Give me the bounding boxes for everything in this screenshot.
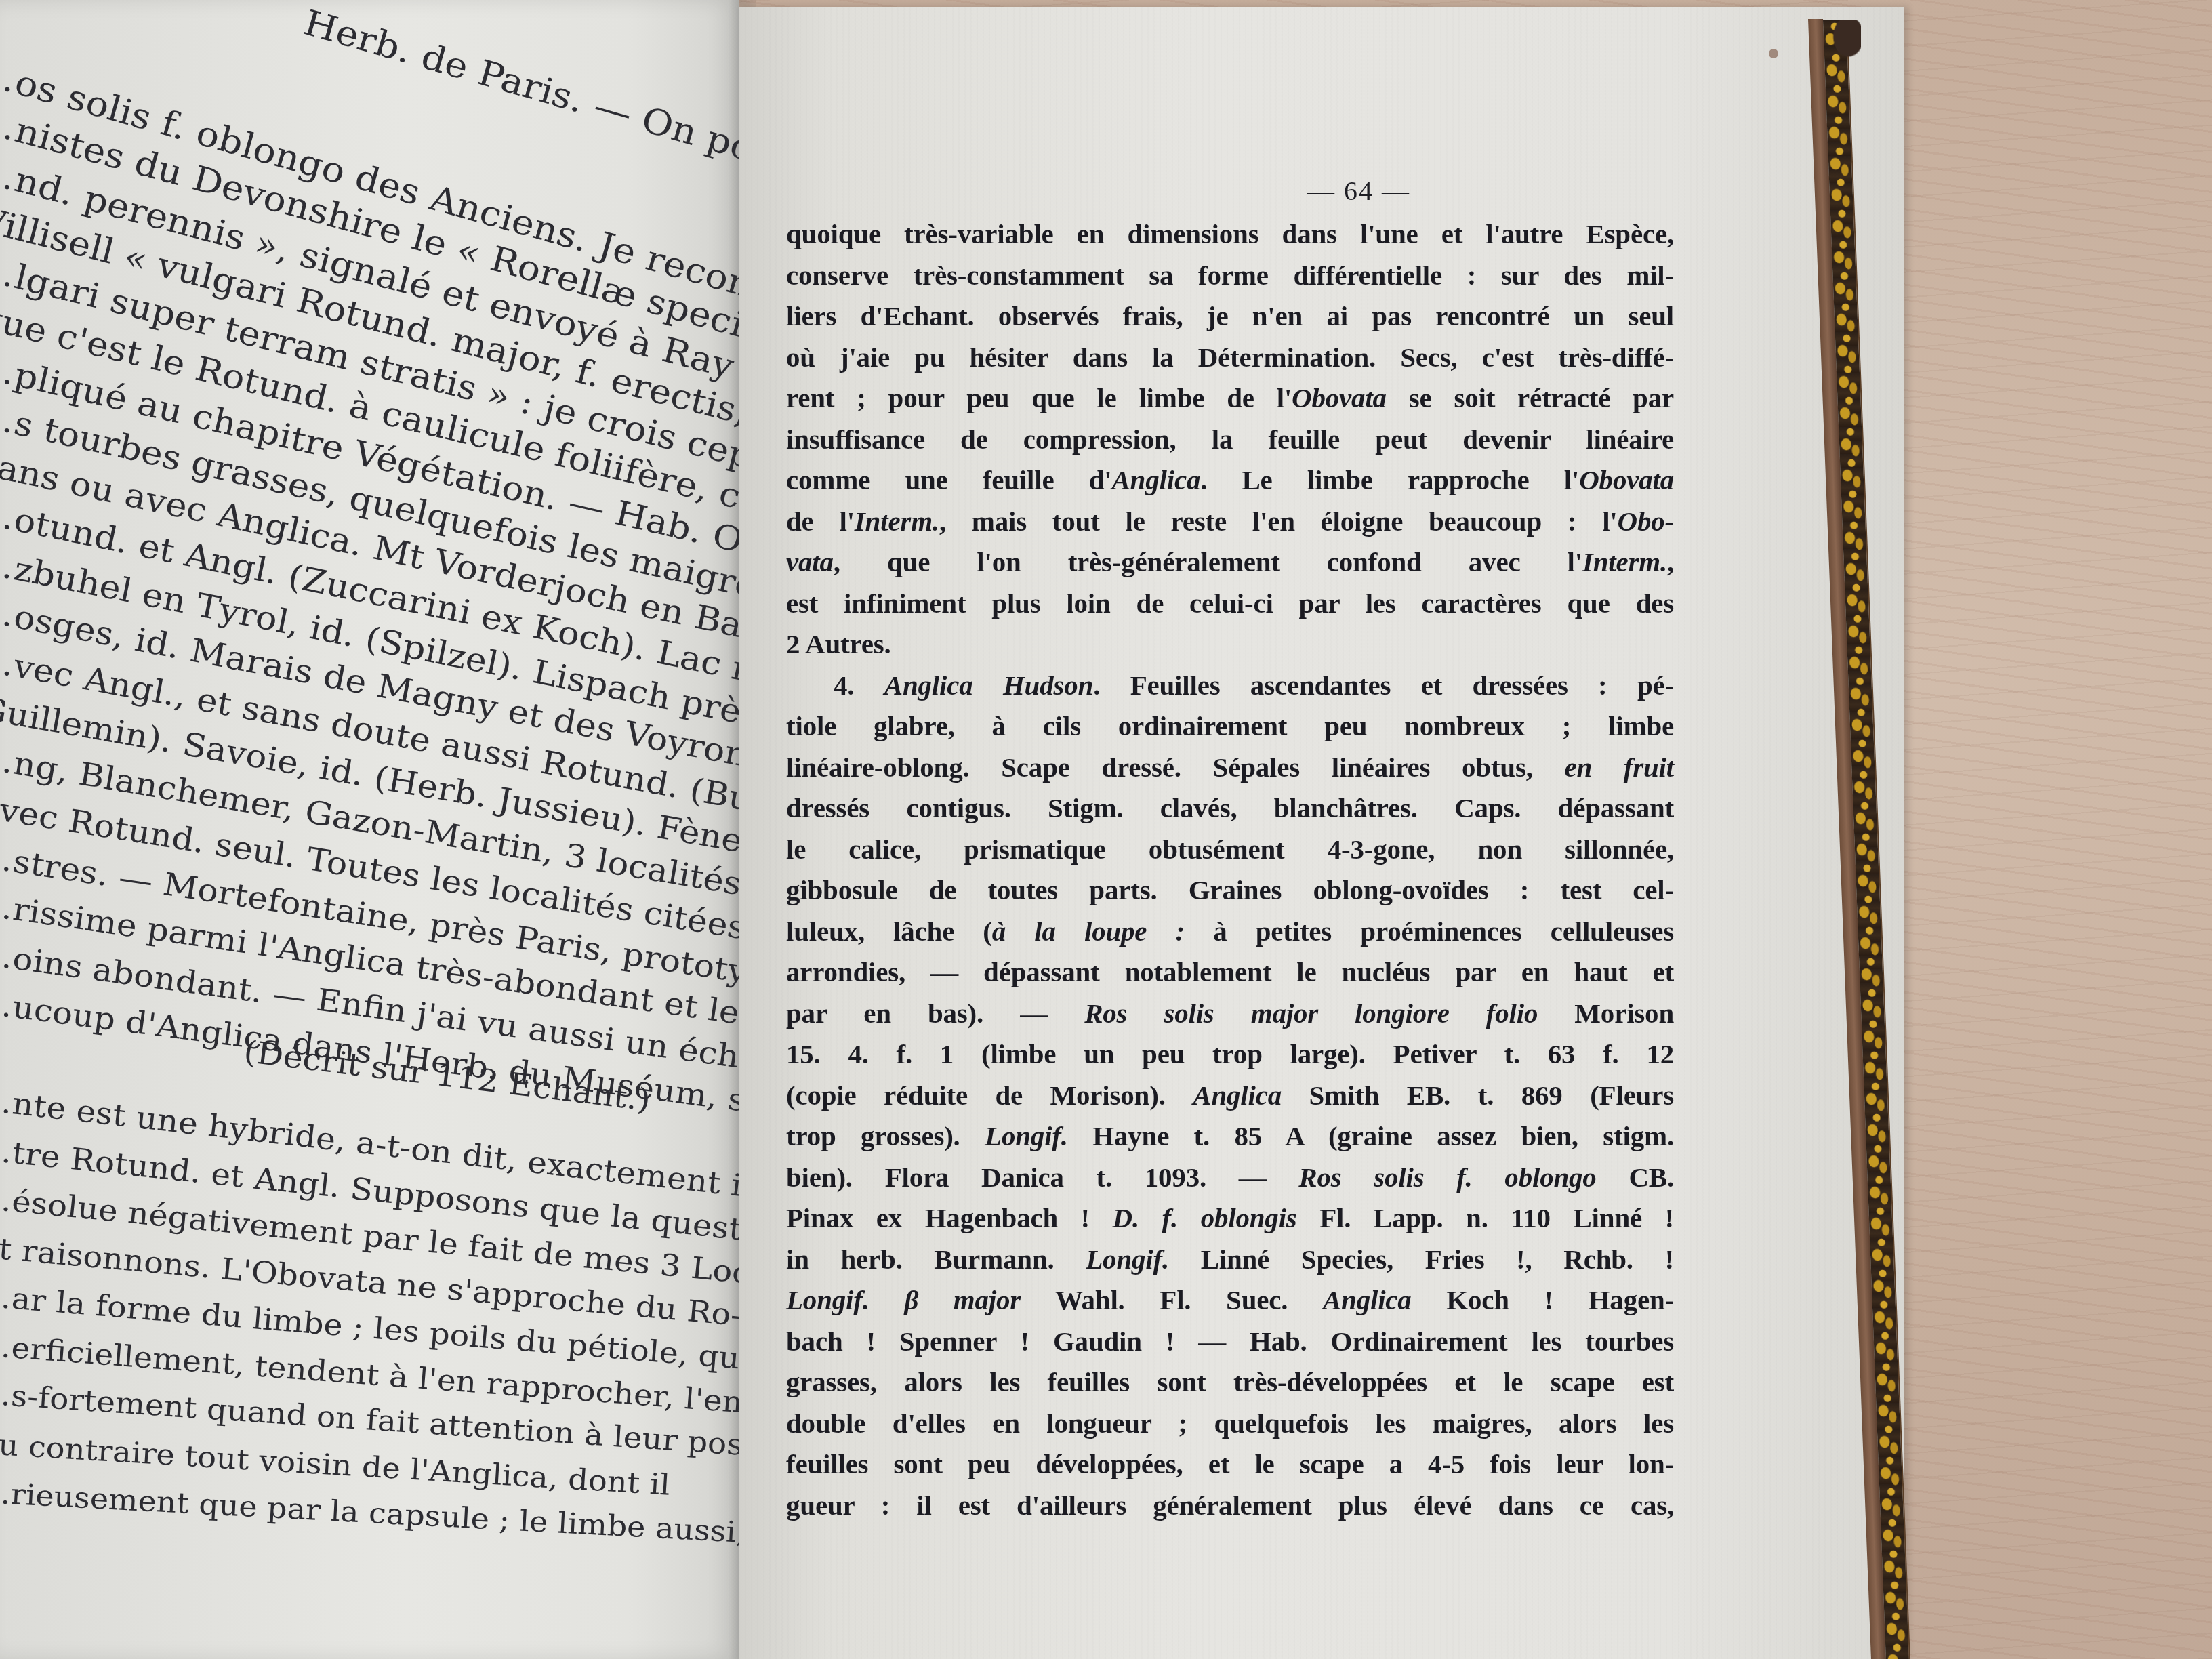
text-line: est infiniment plus loin de celui-ci par…	[786, 583, 1674, 624]
text-line: insuffisance de compression, la feuille …	[786, 419, 1674, 460]
text-line: comme une feuille d'Anglica. Le limbe ra…	[786, 459, 1674, 501]
text-line: liers d'Echant. observés frais, je n'en …	[786, 295, 1674, 337]
text-line: feuilles sont peu développées, et le sca…	[786, 1443, 1674, 1485]
text-line: Pinax ex Hagenbach ! D. f. oblongis Fl. …	[786, 1197, 1674, 1239]
text-line: grasses, alors les feuilles sont très-dé…	[786, 1361, 1674, 1403]
text-line: 15. 4. f. 1 (limbe un peu trop large). P…	[786, 1033, 1674, 1075]
text-line: quoique très-variable en dimensions dans…	[786, 213, 1674, 255]
text-line: Longif. β major Wahl. Fl. Suec. Anglica …	[786, 1279, 1674, 1321]
text-line: le calice, prismatique obtusément 4-3-go…	[786, 829, 1674, 870]
text-line: arrondies, — dépassant notablement le nu…	[786, 951, 1674, 993]
text-line: de l'Interm., mais tout le reste l'en él…	[786, 501, 1674, 542]
right-page-body: quoique très-variable en dimensions dans…	[786, 213, 1674, 1525]
text-line: conserve très-constamment sa forme diffé…	[786, 255, 1674, 296]
page-number: — 64 —	[739, 175, 1904, 207]
text-line: bach ! Spenner ! Gaudin ! — Hab. Ordinai…	[786, 1321, 1674, 1362]
text-line: gueur : il est d'ailleurs généralement p…	[786, 1485, 1674, 1526]
text-line: in herb. Burmann. Longif. Linné Species,…	[786, 1239, 1674, 1280]
book-corner-ornament	[1830, 20, 1861, 61]
left-page: Herb. de Paris. — On pourra re-…os solis…	[0, 0, 739, 1659]
text-line: dressés contigus. Stigm. clavés, blanchâ…	[786, 787, 1674, 829]
text-line: tiole glabre, à cils ordinairement peu n…	[786, 705, 1674, 747]
text-line: luleux, lâche (à la loupe : à petites pr…	[786, 911, 1674, 952]
text-line: vata, que l'on très-généralement confond…	[786, 541, 1674, 583]
text-line: rent ; pour peu que le limbe de l'Obovat…	[786, 377, 1674, 419]
text-line: par en bas). — Ros solis major longiore …	[786, 993, 1674, 1034]
text-line: bien). Flora Danica t. 1093. — Ros solis…	[786, 1157, 1674, 1198]
text-line: linéaire-oblong. Scape dressé. Sépales l…	[786, 747, 1674, 788]
right-page: — 64 — quoique très-variable en dimensio…	[739, 7, 1904, 1659]
text-line: 4. Anglica Hudson. Feuilles ascendantes …	[786, 665, 1674, 706]
text-line: gibbosule de toutes parts. Graines oblon…	[786, 869, 1674, 911]
text-line: trop grosses). Longif. Hayne t. 85 A (gr…	[786, 1115, 1674, 1157]
text-line: 2 Autres.	[786, 623, 1674, 665]
text-line: double d'elles en longueur ; quelquefois…	[786, 1403, 1674, 1444]
paper-spot	[1769, 49, 1778, 58]
text-line: où j'aie pu hésiter dans la Déterminatio…	[786, 337, 1674, 378]
text-line: (copie réduite de Morison). Anglica Smit…	[786, 1075, 1674, 1116]
